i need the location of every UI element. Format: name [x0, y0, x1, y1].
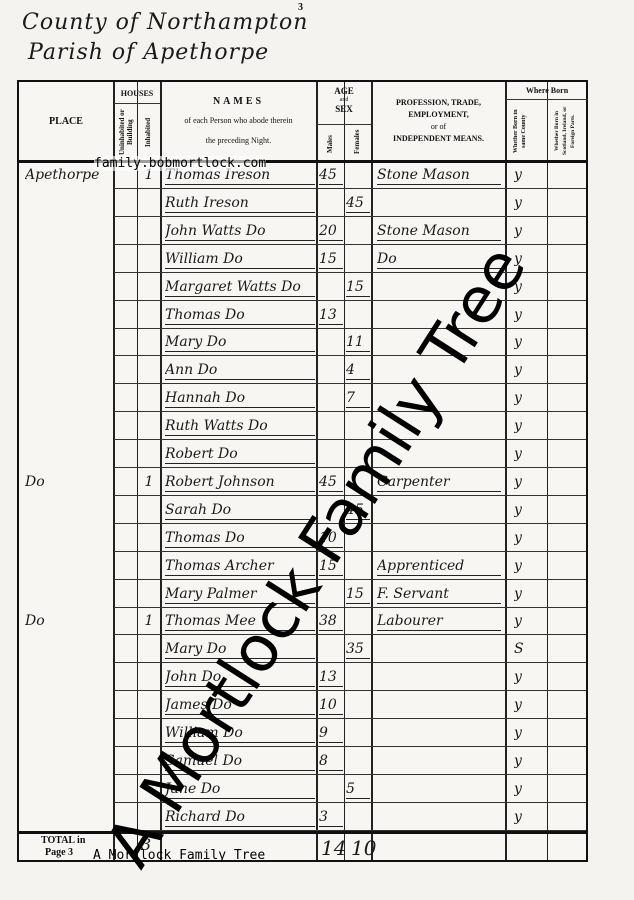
name-cell: Margaret Watts Do: [165, 276, 315, 297]
header-houses: HOUSES: [114, 89, 160, 98]
watermark-url: family.bobmortlock.com: [94, 156, 266, 171]
males-cell: 8: [319, 750, 343, 771]
name-cell: Ruth Watts Do: [165, 415, 315, 436]
name-cell: William Do: [165, 248, 315, 269]
profession-cell: [377, 750, 501, 772]
males-cell: 13: [319, 304, 343, 325]
row-divider: [114, 634, 586, 635]
house-cell: [139, 248, 159, 270]
parish-heading: Parish of Apethorpe: [28, 40, 269, 65]
born-same-county-cell: y: [514, 387, 540, 409]
row-divider: [114, 607, 586, 608]
born-same-county-cell: y: [514, 499, 540, 521]
place-cell: Do: [25, 610, 111, 632]
place-cell: [25, 694, 111, 716]
row-divider: [114, 690, 586, 691]
place-cell: [25, 555, 111, 577]
born-same-county-cell: y: [514, 164, 540, 186]
header-names-sub1: of each Person who abode therein: [161, 116, 316, 125]
total-males: 14: [321, 837, 346, 859]
males-cell: 15: [319, 248, 343, 269]
females-cell: [346, 750, 370, 772]
profession-cell: [377, 638, 501, 660]
divider: [114, 103, 160, 104]
header-names-sub2: the preceding Night.: [161, 136, 316, 145]
place-cell: [25, 359, 111, 381]
header-age-and: and: [317, 97, 371, 103]
place-cell: [25, 331, 111, 353]
header-profession-1: PROFESSION, TRADE,: [372, 98, 505, 107]
females-cell: [346, 164, 370, 186]
born-same-county-cell: y: [514, 443, 540, 465]
header-where-born: Where Born: [506, 86, 588, 95]
born-same-county-cell: y: [514, 471, 540, 493]
table-row: Ruth Ireson45y: [19, 190, 586, 217]
profession-cell: [377, 806, 501, 828]
house-cell: [139, 359, 159, 381]
table-row: Robert Doy: [19, 441, 586, 468]
header-place: PLACE: [19, 116, 113, 127]
header-profession-3: or of: [372, 122, 505, 131]
house-cell: [139, 527, 159, 549]
place-cell: [25, 248, 111, 270]
name-cell: Ruth Ireson: [165, 192, 315, 213]
place-cell: [25, 499, 111, 521]
born-same-county-cell: y: [514, 750, 540, 772]
row-divider: [114, 411, 586, 412]
name-cell: Ann Do: [165, 359, 315, 380]
place-cell: Do: [25, 471, 111, 493]
house-cell: [139, 304, 159, 326]
females-cell: [346, 806, 370, 828]
place-cell: [25, 638, 111, 660]
place-cell: [25, 527, 111, 549]
place-cell: [25, 722, 111, 744]
header-profession-4: INDEPENDENT MEANS.: [372, 134, 505, 143]
house-cell: 1: [139, 471, 159, 493]
name-cell: John Watts Do: [165, 220, 315, 241]
header-profession-2: EMPLOYMENT,: [372, 110, 505, 119]
born-same-county-cell: y: [514, 722, 540, 744]
males-cell: [319, 331, 343, 353]
profession-cell: [377, 192, 501, 214]
males-cell: [319, 778, 343, 800]
males-cell: 45: [319, 164, 343, 185]
females-cell: 15: [346, 583, 370, 604]
females-cell: 5: [346, 778, 370, 799]
born-same-county-cell: y: [514, 610, 540, 632]
name-cell: Thomas Do: [165, 304, 315, 325]
table-row: Ruth Watts Doy: [19, 413, 586, 440]
divider: [317, 124, 371, 125]
females-cell: 15: [346, 276, 370, 297]
header-born-elsewhere: Whether Born in Scotland, Ireland, or Fo…: [553, 104, 579, 158]
born-same-county-cell: y: [514, 666, 540, 688]
header-age: AGE: [317, 86, 371, 96]
profession-cell: [377, 722, 501, 744]
males-cell: [319, 415, 343, 437]
row-divider: [114, 662, 586, 663]
house-cell: [139, 192, 159, 214]
born-same-county-cell: y: [514, 583, 540, 605]
row-divider: [114, 383, 586, 384]
house-cell: [139, 331, 159, 353]
row-divider: [114, 579, 586, 580]
place-cell: [25, 443, 111, 465]
profession-cell: Labourer: [377, 610, 501, 631]
males-cell: [319, 192, 343, 214]
header-males: Males: [326, 132, 334, 156]
profession-cell: [377, 694, 501, 716]
profession-cell: [377, 778, 501, 800]
born-same-county-cell: y: [514, 192, 540, 214]
females-cell: [346, 220, 370, 242]
census-page: 3 County of Northampton Parish of Apetho…: [0, 0, 634, 900]
place-cell: [25, 304, 111, 326]
name-cell: Robert Do: [165, 443, 315, 464]
header-sex: SEX: [317, 104, 371, 114]
row-divider: [114, 188, 586, 189]
row-divider: [114, 328, 586, 329]
place-cell: [25, 806, 111, 828]
males-cell: 20: [319, 220, 343, 241]
name-cell: Hannah Do: [165, 387, 315, 408]
house-cell: [139, 276, 159, 298]
born-same-county-cell: y: [514, 555, 540, 577]
born-same-county-cell: y: [514, 806, 540, 828]
males-cell: [319, 276, 343, 298]
house-cell: [139, 415, 159, 437]
profession-cell: [377, 666, 501, 688]
header-inhabited: Inhabited: [144, 108, 152, 156]
table-row: Hannah Do7y: [19, 385, 586, 412]
header-females: Females: [353, 128, 361, 156]
females-cell: [346, 666, 370, 688]
census-table: PLACE HOUSES Uninhabited or Building Inh…: [17, 80, 588, 862]
profession-cell: Apprenticed: [377, 555, 501, 576]
row-divider: [114, 244, 586, 245]
females-cell: 7: [346, 387, 370, 408]
males-cell: 9: [319, 722, 343, 743]
table-row: Jane Do5y: [19, 776, 586, 803]
born-same-county-cell: y: [514, 415, 540, 437]
table-row: Samuel Do8y: [19, 748, 586, 775]
total-page-label: Page 3: [45, 847, 73, 858]
born-same-county-cell: y: [514, 694, 540, 716]
house-cell: [139, 583, 159, 605]
house-cell: 1: [139, 610, 159, 632]
females-cell: [346, 304, 370, 326]
table-row: James Do10y: [19, 692, 586, 719]
house-cell: [139, 443, 159, 465]
house-cell: [139, 694, 159, 716]
females-cell: [346, 722, 370, 744]
born-same-county-cell: y: [514, 778, 540, 800]
house-cell: [139, 666, 159, 688]
males-cell: 13: [319, 666, 343, 687]
place-cell: [25, 666, 111, 688]
table-row: William Do9y: [19, 720, 586, 747]
females-cell: [346, 610, 370, 632]
place-cell: [25, 750, 111, 772]
header-uninhabited: Uninhabited or Building: [118, 108, 134, 156]
females-cell: 4: [346, 359, 370, 380]
house-cell: [139, 220, 159, 242]
name-cell: Mary Do: [165, 331, 315, 352]
born-same-county-cell: y: [514, 220, 540, 242]
females-cell: 45: [346, 192, 370, 213]
place-cell: [25, 778, 111, 800]
row-divider: [114, 355, 586, 356]
house-cell: [139, 387, 159, 409]
total-label: TOTAL in: [41, 835, 85, 846]
house-cell: [139, 555, 159, 577]
profession-cell: F. Servant: [377, 583, 501, 604]
place-cell: [25, 192, 111, 214]
place-cell: [25, 583, 111, 605]
profession-cell: Stone Mason: [377, 164, 501, 185]
divider: [506, 99, 588, 100]
females-cell: [346, 248, 370, 270]
males-cell: 10: [319, 694, 343, 715]
males-cell: [319, 638, 343, 660]
county-heading: County of Northampton: [22, 10, 308, 35]
place-cell: [25, 276, 111, 298]
born-same-county-cell: y: [514, 359, 540, 381]
place-cell: [25, 415, 111, 437]
profession-cell: [377, 499, 501, 521]
table-row: John Watts Do20Stone Masony: [19, 218, 586, 245]
header-born-same-county: Whether Born in same County: [512, 104, 528, 158]
table-row: Do1Robert Johnson45Carpentery: [19, 469, 586, 496]
place-cell: [25, 220, 111, 242]
born-same-county-cell: S: [514, 638, 540, 660]
males-cell: 3: [319, 806, 343, 827]
name-cell: Sarah Do: [165, 499, 315, 520]
born-same-county-cell: y: [514, 527, 540, 549]
females-cell: [346, 694, 370, 716]
table-row: Ann Do4y: [19, 357, 586, 384]
males-cell: [319, 387, 343, 409]
born-same-county-cell: y: [514, 331, 540, 353]
total-females: 10: [351, 837, 376, 859]
header-names: NAMES: [161, 96, 316, 107]
house-cell: [139, 499, 159, 521]
name-cell: Robert Johnson: [165, 471, 315, 492]
females-cell: 35: [346, 638, 370, 659]
profession-cell: [377, 527, 501, 549]
place-cell: [25, 387, 111, 409]
row-divider: [114, 216, 586, 217]
males-cell: [319, 359, 343, 381]
table-row: John Do13y: [19, 664, 586, 691]
females-cell: 11: [346, 331, 370, 352]
house-cell: [139, 638, 159, 660]
